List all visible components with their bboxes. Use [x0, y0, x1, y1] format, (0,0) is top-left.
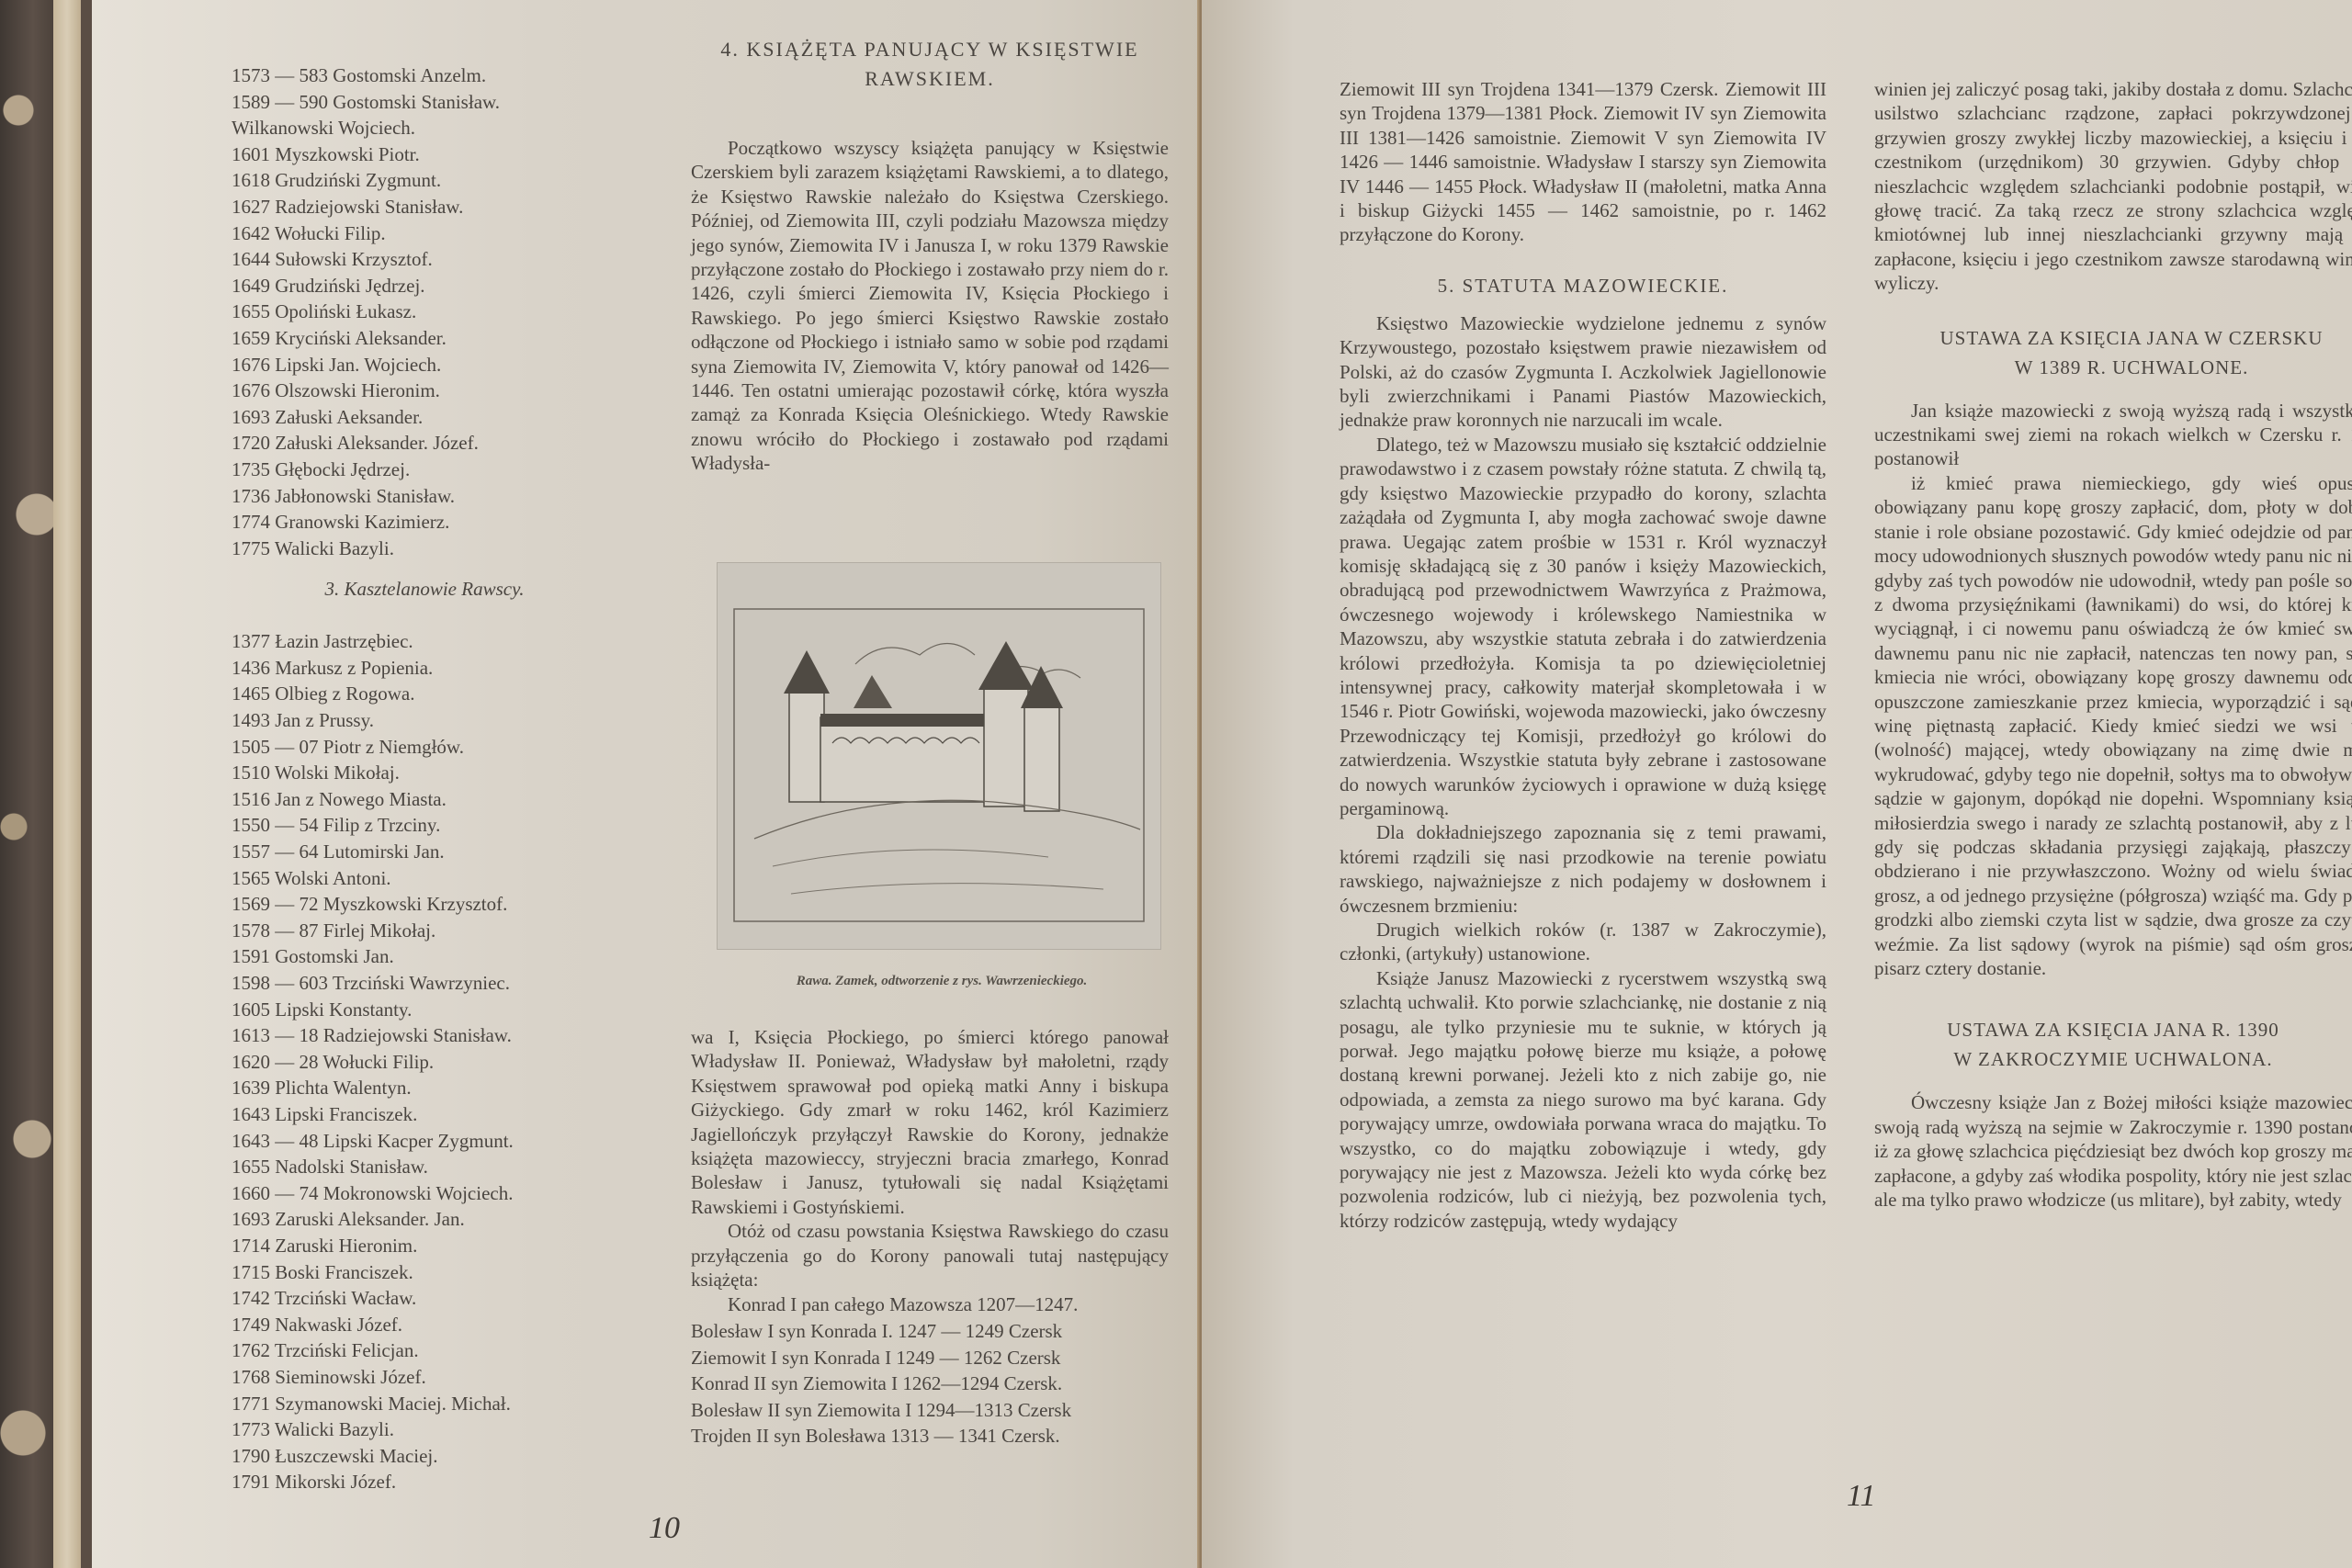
list-item: 1693 Załuski Aeksander. — [232, 404, 617, 431]
list-item: 1620 — 28 Wołucki Filip. — [232, 1049, 617, 1076]
marbled-endpaper — [0, 0, 55, 1568]
list-item: 1676 Olszowski Hieronim. — [232, 378, 617, 404]
list-item: 1605 Lipski Konstanty. — [232, 997, 617, 1023]
list-item: 1505 — 07 Piotr z Niemgłów. — [232, 734, 617, 761]
list-item: 1639 Plichta Walentyn. — [232, 1075, 617, 1101]
section5-paragraph-2: Dlatego, też w Mazowszu musiało się kszt… — [1340, 433, 1826, 821]
list-item: 1565 Wolski Antoni. — [232, 865, 617, 892]
list-item: 1642 Wołucki Filip. — [232, 220, 617, 247]
list-item: 1643 Lipski Franciszek. — [232, 1101, 617, 1128]
ruler-entry: Trojden II syn Bolesława 1313 — 1341 Cze… — [691, 1423, 1169, 1450]
ruler-entry: Konrad II syn Ziemowita I 1262—1294 Czer… — [691, 1371, 1169, 1397]
list-item: 1655 Opoliński Łukasz. — [232, 299, 617, 325]
list-item: 1550 — 54 Filip z Trzciny. — [232, 812, 617, 839]
list-item: 1465 Olbieg z Rogowa. — [232, 681, 617, 707]
list-item: 1791 Mikorski Józef. — [232, 1469, 617, 1495]
list-item: 1736 Jabłonowski Stanisław. — [232, 483, 617, 510]
section5-paragraph-1: Księstwo Mazowieckie wydzielone jednemu … — [1340, 311, 1826, 433]
castle-drawing-icon — [718, 563, 1160, 949]
list-item: 1773 Walicki Bazyli. — [232, 1416, 617, 1443]
list-item: 1762 Trzciński Felicjan. — [232, 1337, 617, 1364]
list-item: 1771 Szymanowski Maciej. Michał. — [232, 1391, 617, 1417]
list-item: 1644 Sułowski Krzysztof. — [232, 246, 617, 273]
col2-paragraph-1: winien jej zaliczyć posag taki, jakiby d… — [1874, 77, 2352, 296]
section5-paragraph-4: Drugich wielkich roków (r. 1387 w Zakroc… — [1340, 918, 1826, 966]
list-item: 1598 — 603 Trzciński Wawrzyniec. — [232, 970, 617, 997]
ustawa2-paragraph-1: Ówczesny książe Jan z Bożej miłości ksią… — [1874, 1090, 2352, 1212]
list-item: 1768 Sieminowski Józef. — [232, 1364, 617, 1391]
list-item: 1627 Radziejowski Stanisław. — [232, 194, 617, 220]
ustawa2-heading: USTAWA ZA KSIĘCIA JANA R. 1390 W ZAKROCZ… — [1874, 1015, 2352, 1074]
list-item: 1659 Kryciński Aleksander. — [232, 325, 617, 352]
left-text-column: 4. KSIĄŻĘTA PANUJĄCY W KSIĘSTWIE RAWSKIE… — [691, 35, 1169, 476]
list-item: 1436 Markusz z Popienia. — [232, 655, 617, 682]
left-list-column: 1573 — 583 Gostomski Anzelm.1589 — 590 G… — [232, 62, 617, 1495]
list-item: 1569 — 72 Myszkowski Krzysztof. — [232, 891, 617, 918]
list-item: 1649 Grudziński Jędrzej. — [232, 273, 617, 299]
section5-paragraph-3: Dla dokładniejszego zapoznania się z tem… — [1340, 820, 1826, 918]
page-number-left: 10 — [649, 1511, 680, 1546]
list-item: 1601 Myszkowski Piotr. — [232, 141, 617, 168]
starostowie-list: 1573 — 583 Gostomski Anzelm.1589 — 590 G… — [232, 62, 617, 561]
section4-heading: 4. KSIĄŻĘTA PANUJĄCY W KSIĘSTWIE RAWSKIE… — [691, 35, 1169, 94]
list-item: 1774 Granowski Kazimierz. — [232, 509, 617, 536]
ruler-entry: Bolesław I syn Konrada I. 1247 — 1249 Cz… — [691, 1318, 1169, 1345]
list-item: 1655 Nadolski Stanisław. — [232, 1154, 617, 1180]
list-item: 1510 Wolski Mikołaj. — [232, 760, 617, 786]
list-item: 1578 — 87 Firlej Mikołaj. — [232, 918, 617, 944]
list-item: 1775 Walicki Bazyli. — [232, 536, 617, 562]
castellans-list: 1377 Łazin Jastrzębiec.1436 Markusz z Po… — [232, 628, 617, 1495]
right-text-column-1: Ziemowit III syn Trojdena 1341—1379 Czer… — [1340, 77, 1826, 1233]
section5-heading: 5. STATUTA MAZOWIECKIE. — [1340, 271, 1826, 300]
list-item: 1613 — 18 Radziejowski Stanisław. — [232, 1022, 617, 1049]
list-item: 1693 Zaruski Aleksander. Jan. — [232, 1206, 617, 1233]
list-item: 1591 Gostomski Jan. — [232, 943, 617, 970]
list-item: 1377 Łazin Jastrzębiec. — [232, 628, 617, 655]
ustawa1-paragraph-1: Jan książe mazowiecki z swoją wyższą rad… — [1874, 399, 2352, 471]
page-number-right: 11 — [1847, 1479, 1875, 1514]
list-item: 1676 Lipski Jan. Wojciech. — [232, 352, 617, 378]
list-item: 1516 Jan z Nowego Miasta. — [232, 786, 617, 813]
left-text-column-lower: wa I, Księcia Płockiego, po śmierci któr… — [691, 1025, 1169, 1450]
rulers-continued: Ziemowit III syn Trojdena 1341—1379 Czer… — [1340, 77, 1826, 247]
castle-illustration — [717, 562, 1161, 950]
list-item: 1714 Zaruski Hieronim. — [232, 1233, 617, 1259]
list-item: 1742 Trzciński Wacław. — [232, 1285, 617, 1312]
section4-paragraph-1: Początkowo wszyscy książęta panujący w K… — [691, 136, 1169, 476]
list-item: 1735 Głębocki Jędrzej. — [232, 457, 617, 483]
list-item: 1493 Jan z Prussy. — [232, 707, 617, 734]
ustawa1-heading: USTAWA ZA KSIĘCIA JANA W CZERSKU W 1389 … — [1874, 323, 2352, 382]
ruler-entry: Bolesław II syn Ziemowita I 1294—1313 Cz… — [691, 1397, 1169, 1424]
list-item: 1749 Nakwaski Józef. — [232, 1312, 617, 1338]
list-item: 1557 — 64 Lutomirski Jan. — [232, 839, 617, 865]
ustawa1-paragraph-2: iż kmieć prawa niemieckiego, gdy wieś op… — [1874, 471, 2352, 981]
list-item: 1618 Grudziński Zygmunt. — [232, 167, 617, 194]
list-item: 1790 Łuszczewski Maciej. — [232, 1443, 617, 1470]
section4-paragraph-3: Otóż od czasu powstania Księstwa Rawskie… — [691, 1219, 1169, 1292]
figure-caption: Rawa. Zamek, odtworzenie z rys. Wawrzeni… — [707, 974, 1176, 989]
section5-paragraph-5: Książe Janusz Mazowiecki z rycerstwem ws… — [1340, 966, 1826, 1233]
list-item: 1573 — 583 Gostomski Anzelm. — [232, 62, 617, 89]
list-item: 1589 — 590 Gostomski Stanisław. — [232, 89, 617, 116]
castellans-heading: 3. Kasztelanowie Rawscy. — [232, 578, 617, 601]
book-edge — [53, 0, 81, 1568]
ruler-entry: Konrad I pan całego Mazowsza 1207—1247. — [691, 1292, 1169, 1318]
list-item: 1715 Boski Franciszek. — [232, 1259, 617, 1286]
list-item: 1720 Załuski Aleksander. Józef. — [232, 430, 617, 457]
list-item: 1643 — 48 Lipski Kacper Zygmunt. — [232, 1128, 617, 1155]
rulers-list: Konrad I pan całego Mazowsza 1207—1247.B… — [691, 1292, 1169, 1450]
right-text-column-2: winien jej zaliczyć posag taki, jakiby d… — [1874, 77, 2352, 1510]
section4-paragraph-2: wa I, Księcia Płockiego, po śmierci któr… — [691, 1025, 1169, 1219]
ruler-entry: Ziemowit I syn Konrada I 1249 — 1262 Cze… — [691, 1345, 1169, 1371]
list-item: 1660 — 74 Mokronowski Wojciech. — [232, 1180, 617, 1207]
list-item: Wilkanowski Wojciech. — [232, 115, 617, 141]
